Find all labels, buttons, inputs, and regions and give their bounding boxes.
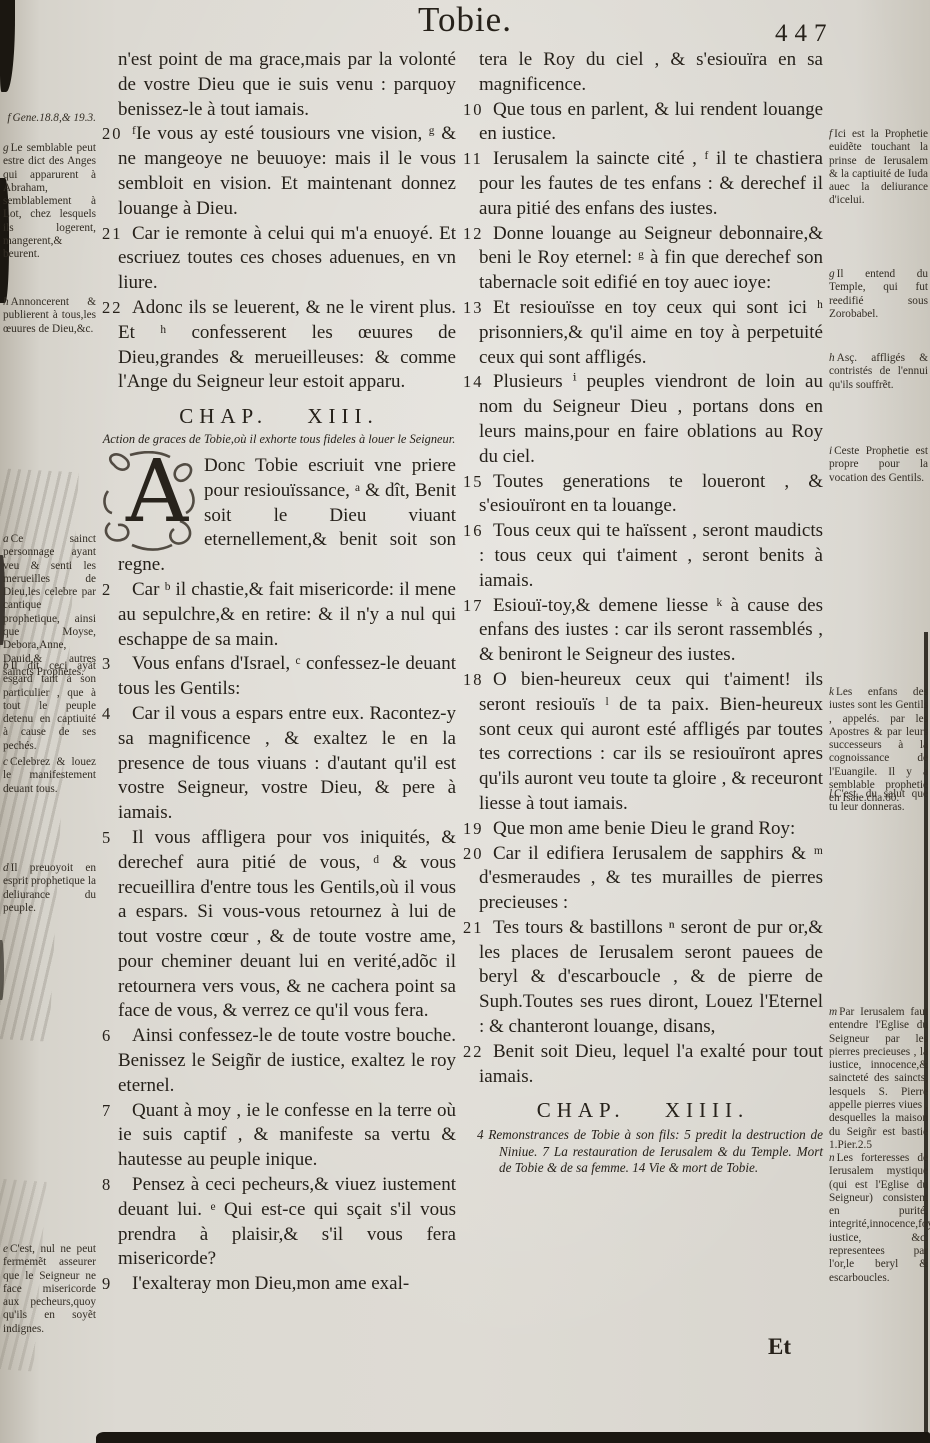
- verse-number: 21: [102, 222, 132, 247]
- margin-note-h: hAsç. affligés & contristés de l'ennui q…: [829, 352, 928, 392]
- verse-22: 22 Adonc ils se leuerent, & ne le virent…: [102, 296, 456, 395]
- verse-text: Plusieurs ⁱ peuples viendront de loin au…: [479, 371, 823, 466]
- margin-note-d: dIl preuoyoit en esprit prophetique la d…: [3, 862, 96, 915]
- text-column-right: tera le Roy du ciel , & s'esiouïra en sa…: [463, 48, 823, 1177]
- verse-text: Vous enfans d'Israel, ᶜ confessez-le deu…: [118, 653, 456, 699]
- verse-11: 11 Ierusalem la saincte cité , ᶠ il te c…: [463, 147, 823, 221]
- catchword: Et: [768, 1334, 791, 1360]
- verse-15: 15 Toutes generations te loueront , & s'…: [463, 470, 823, 520]
- page-number: 447: [775, 20, 834, 48]
- verse-number: 7: [102, 1099, 132, 1124]
- verse-10: 10 Que tous en parlent, & lui rendent lo…: [463, 98, 823, 148]
- verse-number: 3: [102, 652, 132, 677]
- margin-note-l: lC'est, du salut que tu leur donneras.: [829, 788, 928, 815]
- verse-text: Quant à moy , ie le confesse en la terre…: [118, 1100, 456, 1171]
- verse-text: Car il vous a espars entre eux. Racontez…: [118, 703, 456, 823]
- verse-text: Car il edifiera Ierusalem de sapphirs & …: [479, 843, 823, 914]
- verse-number: 8: [102, 1173, 132, 1198]
- right-margin-notes: fIci est la Prophetie euidẽte touchant l…: [829, 0, 928, 1443]
- verse-text: Tes tours & bastillons ⁿ seront de pur o…: [479, 917, 823, 1037]
- verse-14: 14 Plusieurs ⁱ peuples viendront de loin…: [463, 370, 823, 469]
- verse-number: 2: [102, 578, 132, 603]
- margin-note-h: hAnnoncerent & publierent à tous,les œuu…: [3, 296, 96, 336]
- verse-number: 5: [102, 826, 132, 851]
- verse-4: 4 Car il vous a espars entre eux. Racont…: [102, 702, 456, 826]
- verse-number: 18: [463, 668, 493, 693]
- verse-text: Benit soit Dieu, lequel l'a exalté pour …: [479, 1041, 823, 1087]
- verse-9: 9 I'exalteray mon Dieu,mon ame exal-: [102, 1272, 456, 1297]
- page-edge-shadow-bottom: [96, 1432, 930, 1443]
- verse-text: O bien-heureux ceux qui t'aiment! ils se…: [479, 669, 823, 814]
- verse-number: 6: [102, 1024, 132, 1049]
- verse-8: 8 Pensez à ceci pecheurs,& viuez iusteme…: [102, 1173, 456, 1272]
- verse-number: 22: [102, 296, 132, 321]
- verse-number: 10: [463, 98, 493, 123]
- margin-note-g: gIl entend du Temple, qui fut reedifié s…: [829, 268, 928, 321]
- verse-text: Car ᵇ il chastie,& fait misericorde: il …: [118, 579, 456, 650]
- verse-5: 5 Il vous affligera pour vos iniquités, …: [102, 826, 456, 1024]
- verse-text: Donne louange au Seigneur debonnaire,& b…: [479, 223, 823, 294]
- verse-1: A Donc Tobie escriuit vne priere pour re…: [102, 454, 456, 578]
- verse-text: Que mon ame benie Dieu le grand Roy:: [493, 818, 795, 839]
- margin-note-g: gLe semblable peut estre dict des Anges …: [3, 142, 96, 262]
- verse-18: 18 O bien-heureux ceux qui t'aiment! ils…: [463, 668, 823, 817]
- margin-note-m: mPar Ierusalem faut entendre l'Eglise du…: [829, 1006, 928, 1152]
- verse-3: 3 Vous enfans d'Israel, ᶜ confessez-le d…: [102, 652, 456, 702]
- verse-number: 21: [463, 916, 493, 941]
- ornate-initial: A: [102, 455, 196, 529]
- verse-number: 9: [102, 1272, 132, 1297]
- verse-22-ch13: 22 Benit soit Dieu, lequel l'a exalté po…: [463, 1040, 823, 1090]
- verse-13: 13 Et resiouïsse en toy ceux qui sont ic…: [463, 296, 823, 370]
- verse-text: Tous ceux qui te haïssent , seront maudi…: [479, 520, 823, 591]
- verse-text: Que tous en parlent, & lui rendent louan…: [479, 99, 823, 145]
- verse-continuation: tera le Roy du ciel , & s'esiouïra en sa…: [463, 48, 823, 98]
- verse-number: 12: [463, 222, 493, 247]
- verse-number: 20: [102, 122, 132, 147]
- verse-continuation: n'est point de ma grace,mais par la volo…: [102, 48, 456, 122]
- verse-number: 16: [463, 519, 493, 544]
- verse-text: Il vous affligera pour vos iniquités, & …: [118, 827, 456, 1022]
- verse-text: Ainsi confessez-le de toute vostre bouch…: [118, 1025, 456, 1096]
- verse-17: 17 Esiouï-toy,& demene liesse ᵏ à cause …: [463, 594, 823, 668]
- verse-number: 11: [463, 147, 493, 172]
- verse-text: Et resiouïsse en toy ceux qui sont ici ʰ…: [479, 297, 823, 368]
- verse-number: 17: [463, 594, 493, 619]
- verse-6: 6 Ainsi confessez-le de toute vostre bou…: [102, 1024, 456, 1098]
- text-column-left: n'est point de ma grace,mais par la volo…: [102, 48, 456, 1297]
- verse-20: 20 ᶠIe vous ay esté tousiours vne vision…: [102, 122, 456, 221]
- verse-number: 15: [463, 470, 493, 495]
- left-margin-notes: fGene.18.8,& 19.3. gLe semblable peut es…: [3, 0, 96, 1443]
- verse-number: 20: [463, 842, 493, 867]
- verse-number: 13: [463, 296, 493, 321]
- verse-12: 12 Donne louange au Seigneur debonnaire,…: [463, 222, 823, 296]
- margin-note-c: cCelebrez & louez le manifestement deuan…: [3, 756, 96, 796]
- verse-21-ch13: 21 Tes tours & bastillons ⁿ seront de pu…: [463, 916, 823, 1040]
- margin-note-i: iCeste Prophetie est propre pour la voca…: [829, 445, 928, 485]
- verse-number: 19: [463, 817, 493, 842]
- margin-note-n: nLes forteresses de Ierusalem mystique (…: [829, 1152, 928, 1285]
- verse-number: 22: [463, 1040, 493, 1065]
- chapter-argument-14: 4 Remonstrances de Tobie à son fils: 5 p…: [465, 1127, 823, 1177]
- verse-text: Toutes generations te loueront , & s'esi…: [479, 471, 823, 517]
- chapter-heading-14: CHAP. XIIII.: [463, 1098, 823, 1123]
- verse-text: Esiouï-toy,& demene liesse ᵏ à cause des…: [479, 595, 823, 666]
- verse-21: 21 Car ie remonte à celui qui m'a enuoyé…: [102, 222, 456, 296]
- margin-note-f: fIci est la Prophetie euidẽte touchant l…: [829, 128, 928, 208]
- verse-text: Adonc ils se leuerent, & ne le virent pl…: [118, 297, 456, 392]
- verse-20-ch13: 20 Car il edifiera Ierusalem de sapphirs…: [463, 842, 823, 916]
- verse-text: Pensez à ceci pecheurs,& viuez iustement…: [118, 1174, 456, 1269]
- verse-2: 2 Car ᵇ il chastie,& fait misericorde: i…: [102, 578, 456, 652]
- verse-7: 7 Quant à moy , ie le confesse en la ter…: [102, 1099, 456, 1173]
- margin-note-e: eC'est, nul ne peut fermemẽt asseurer qu…: [3, 1243, 96, 1336]
- verse-text: ᶠIe vous ay esté tousiours vne vision, ᵍ…: [118, 123, 456, 218]
- book-page-scan: Tobie. 447 fGene.18.8,& 19.3. gLe sembla…: [0, 0, 930, 1443]
- chapter-heading-13: CHAP. XIII.: [102, 404, 456, 429]
- verse-19: 19 Que mon ame benie Dieu le grand Roy:: [463, 817, 823, 842]
- margin-note-a: aCe sainct personnage ayant veu & senti …: [3, 533, 96, 679]
- verse-text: Ierusalem la saincte cité , ᶠ il te chas…: [479, 148, 823, 219]
- verse-text: I'exalteray mon Dieu,mon ame exal-: [132, 1273, 409, 1294]
- verse-number: 14: [463, 370, 493, 395]
- dropcap-letter: A: [126, 443, 188, 541]
- verse-number: 4: [102, 702, 132, 727]
- margin-note-b: bIl dit ceci ayãt esgard tant à son part…: [3, 660, 96, 753]
- verse-text: Car ie remonte à celui qui m'a enuoyé. E…: [118, 223, 456, 294]
- verse-16: 16 Tous ceux qui te haïssent , seront ma…: [463, 519, 823, 593]
- margin-note-f-ref: fGene.18.8,& 19.3.: [3, 112, 96, 125]
